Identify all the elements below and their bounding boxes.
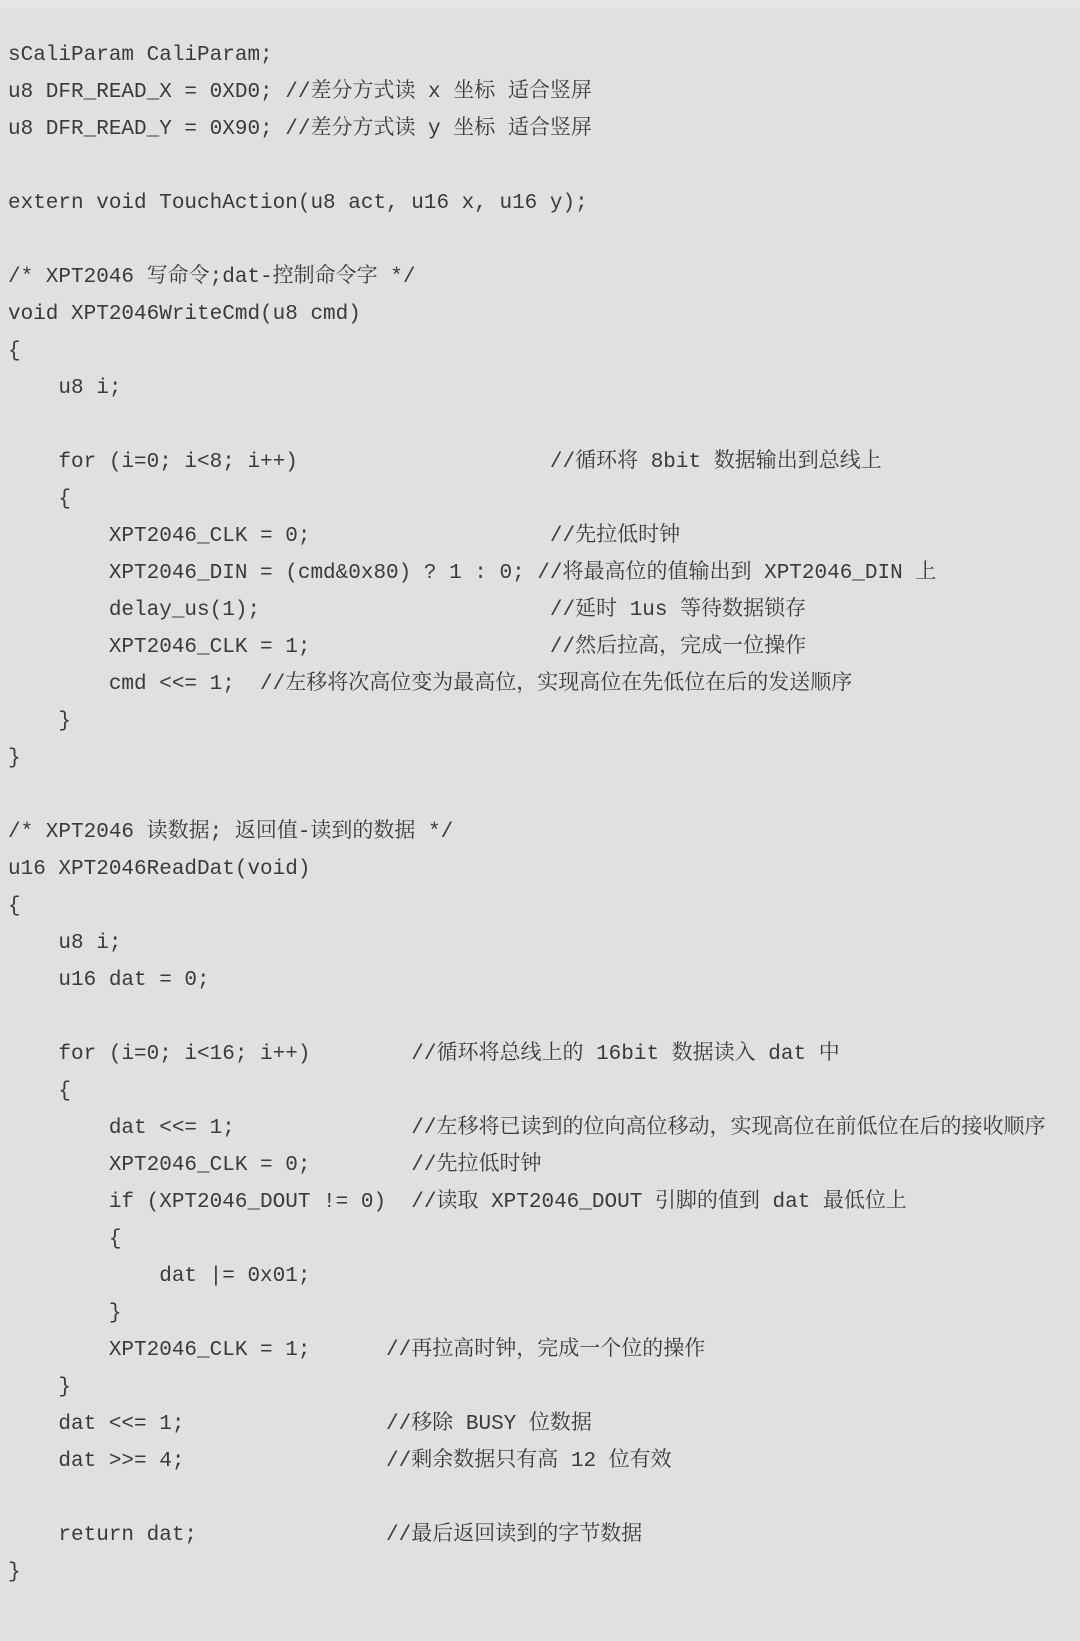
code-line: dat <<= 1; //移除 BUSY 位数据 <box>8 1406 1080 1443</box>
code-line: /* XPT2046 读数据; 返回值-读到的数据 */ <box>8 814 1080 851</box>
code-line <box>8 222 1080 259</box>
code-line <box>8 777 1080 814</box>
code-line: { <box>8 888 1080 925</box>
code-line: XPT2046_CLK = 0; //先拉低时钟 <box>8 518 1080 555</box>
code-line: u8 i; <box>8 370 1080 407</box>
code-line: } <box>8 1554 1080 1591</box>
code-line: u16 XPT2046ReadDat(void) <box>8 851 1080 888</box>
code-line: dat >>= 4; //剩余数据只有高 12 位有效 <box>8 1443 1080 1480</box>
code-line: XPT2046_CLK = 1; //然后拉高，完成一位操作 <box>8 629 1080 666</box>
code-line: extern void TouchAction(u8 act, u16 x, u… <box>8 185 1080 222</box>
code-line: for (i=0; i<8; i++) //循环将 8bit 数据输出到总线上 <box>8 444 1080 481</box>
code-line <box>8 148 1080 185</box>
code-line: { <box>8 1221 1080 1258</box>
code-line: u8 i; <box>8 925 1080 962</box>
code-line: } <box>8 703 1080 740</box>
code-line: delay_us(1); //延时 1us 等待数据锁存 <box>8 592 1080 629</box>
code-line: dat <<= 1; //左移将已读到的位向高位移动，实现高位在前低位在后的接收… <box>8 1110 1080 1147</box>
code-line: if (XPT2046_DOUT != 0) //读取 XPT2046_DOUT… <box>8 1184 1080 1221</box>
code-line: for (i=0; i<16; i++) //循环将总线上的 16bit 数据读… <box>8 1036 1080 1073</box>
code-line: } <box>8 1369 1080 1406</box>
code-line: dat |= 0x01; <box>8 1258 1080 1295</box>
code-line: XPT2046_DIN = (cmd&0x80) ? 1 : 0; //将最高位… <box>8 555 1080 592</box>
code-line: } <box>8 1295 1080 1332</box>
code-line: u8 DFR_READ_Y = 0X90; //差分方式读 y 坐标 适合竖屏 <box>8 111 1080 148</box>
code-line: sCaliParam CaliParam; <box>8 37 1080 74</box>
code-line: u8 DFR_READ_X = 0XD0; //差分方式读 x 坐标 适合竖屏 <box>8 74 1080 111</box>
code-line: } <box>8 740 1080 777</box>
code-line: cmd <<= 1; //左移将次高位变为最高位，实现高位在先低位在后的发送顺序 <box>8 666 1080 703</box>
code-listing: sCaliParam CaliParam;u8 DFR_READ_X = 0XD… <box>0 0 1080 1591</box>
code-line: XPT2046_CLK = 0; //先拉低时钟 <box>8 1147 1080 1184</box>
code-line: /* XPT2046 写命令;dat-控制命令字 */ <box>8 259 1080 296</box>
code-line: { <box>8 1073 1080 1110</box>
code-line: u16 dat = 0; <box>8 962 1080 999</box>
code-line: XPT2046_CLK = 1; //再拉高时钟，完成一个位的操作 <box>8 1332 1080 1369</box>
code-line: { <box>8 333 1080 370</box>
code-line: void XPT2046WriteCmd(u8 cmd) <box>8 296 1080 333</box>
code-line <box>8 999 1080 1036</box>
code-line <box>8 1480 1080 1517</box>
code-line: { <box>8 481 1080 518</box>
code-page: sCaliParam CaliParam;u8 DFR_READ_X = 0XD… <box>0 0 1080 1641</box>
code-line <box>8 407 1080 444</box>
code-line: return dat; //最后返回读到的字节数据 <box>8 1517 1080 1554</box>
